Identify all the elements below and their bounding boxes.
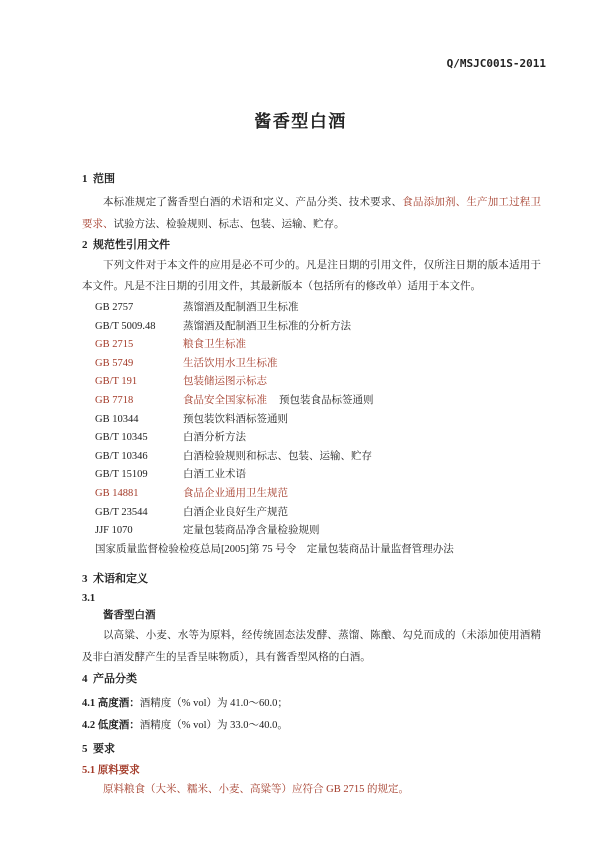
reference-title: 白酒工业术语 <box>183 466 246 485</box>
reference-code: GB/T 10345 <box>95 429 183 448</box>
doc-title: 酱香型白酒 <box>0 107 601 132</box>
classification-item-low: 4.2 低度酒：酒精度（% vol）为 33.0～40.0。 <box>82 717 541 734</box>
reference-title: 包装储运图示标志 <box>183 373 267 392</box>
reference-title-suffix: 预包装食品标签通则 <box>279 392 374 411</box>
section-4-heading: 4 产品分类 <box>82 671 541 688</box>
reference-code: GB/T 5009.48 <box>95 318 183 337</box>
reference-title: 粮食卫生标准 <box>183 336 246 355</box>
reference-code: GB/T 191 <box>95 373 183 392</box>
reference-row: GB 14881食品企业通用卫生规范 <box>95 485 541 504</box>
classification-text: 酒精度（% vol）为 41.0～60.0； <box>140 698 288 709</box>
reference-title: 白酒检验规则和标志、包装、运输、贮存 <box>183 448 372 467</box>
reference-code: GB 14881 <box>95 485 183 504</box>
reference-code: GB/T 23544 <box>95 504 183 523</box>
reference-title: 蒸馏酒及配制酒卫生标准 <box>183 299 299 318</box>
reference-code: GB 5749 <box>95 355 183 374</box>
clause-5-1-heading: 5.1 原料要求 <box>82 763 541 778</box>
section-5-heading: 5 要求 <box>82 741 541 758</box>
reference-code: JJF 1070 <box>95 522 183 541</box>
scope-paragraph: 本标准规定了酱香型白酒的术语和定义、产品分类、技术要求、食品添加剂、生产加工过程… <box>82 192 541 235</box>
classification-label: 4.2 低度酒： <box>82 720 140 731</box>
classification-label: 4.1 高度酒： <box>82 698 140 709</box>
clause-number-3-1: 3.1 <box>82 591 541 606</box>
raw-material-requirement: 原料粮食（大米、糯米、小麦、高粱等）应符合 GB 2715 的规定。 <box>82 781 541 798</box>
reference-row: GB/T 191包装储运图示标志 <box>95 373 541 392</box>
document-body: 1 范围 本标准规定了酱香型白酒的术语和定义、产品分类、技术要求、食品添加剂、生… <box>82 171 541 798</box>
reference-row: GB 10344预包装饮料酒标签通则 <box>95 411 541 430</box>
reference-title: 预包装饮料酒标签通则 <box>183 411 288 430</box>
classification-item-high: 4.1 高度酒：酒精度（% vol）为 41.0～60.0； <box>82 695 541 712</box>
term-heading: 酱香型白酒 <box>103 607 541 624</box>
document-page: Q/MSJC001S-2011 酱香型白酒 1 范围 本标准规定了酱香型白酒的术… <box>0 0 601 850</box>
scope-run-3: 试验方法、检验规则、标志、包装、运输、贮存。 <box>114 219 345 230</box>
reference-title: 食品企业通用卫生规范 <box>183 485 288 504</box>
section-2-heading: 2 规范性引用文件 <box>82 237 541 254</box>
references-list: GB 2757蒸馏酒及配制酒卫生标准 GB/T 5009.48蒸馏酒及配制酒卫生… <box>95 299 541 559</box>
reference-decree: 国家质量监督检验检疫总局[2005]第 75 号令 定量包装商品计量监督管理办法 <box>95 541 541 560</box>
reference-code: GB/T 15109 <box>95 466 183 485</box>
reference-title: 食品安全国家标准 <box>183 392 267 411</box>
reference-title: 生活饮用水卫生标准 <box>183 355 278 374</box>
reference-row: GB 2715粮食卫生标准 <box>95 336 541 355</box>
reference-code: GB 2757 <box>95 299 183 318</box>
reference-row: GB/T 23544白酒企业良好生产规范 <box>95 504 541 523</box>
reference-code: GB 7718 <box>95 392 183 411</box>
reference-title: 白酒分析方法 <box>183 429 246 448</box>
reference-row: GB/T 10346白酒检验规则和标志、包装、运输、贮存 <box>95 448 541 467</box>
reference-title: 蒸馏酒及配制酒卫生标准的分析方法 <box>183 318 351 337</box>
references-intro: 下列文件对于本文件的应用是必不可少的。凡是注日期的引用文件，仅所注日期的版本适用… <box>82 255 541 297</box>
reference-title: 白酒企业良好生产规范 <box>183 504 288 523</box>
term-definition: 以高粱、小麦、水等为原料，经传统固态法发酵、蒸馏、陈酿、勾兑而成的（未添加使用酒… <box>82 625 541 668</box>
section-1-heading: 1 范围 <box>82 171 541 188</box>
reference-code: GB/T 10346 <box>95 448 183 467</box>
reference-row: GB/T 10345白酒分析方法 <box>95 429 541 448</box>
doc-code: Q/MSJC001S-2011 <box>447 57 546 70</box>
reference-row: GB/T 5009.48蒸馏酒及配制酒卫生标准的分析方法 <box>95 318 541 337</box>
reference-title: 定量包装商品净含量检验规则 <box>183 522 320 541</box>
reference-row: JJF 1070定量包装商品净含量检验规则 <box>95 522 541 541</box>
section-3-heading: 3 术语和定义 <box>82 571 541 588</box>
classification-text: 酒精度（% vol）为 33.0～40.0。 <box>140 720 288 731</box>
reference-row: GB 7718食品安全国家标准预包装食品标签通则 <box>95 392 541 411</box>
reference-row: GB 5749生活饮用水卫生标准 <box>95 355 541 374</box>
scope-run-1: 本标准规定了酱香型白酒的术语和定义、产品分类、技术要求、 <box>103 197 402 208</box>
reference-row: GB 2757蒸馏酒及配制酒卫生标准 <box>95 299 541 318</box>
reference-code: GB 2715 <box>95 336 183 355</box>
reference-row: GB/T 15109白酒工业术语 <box>95 466 541 485</box>
reference-code: GB 10344 <box>95 411 183 430</box>
